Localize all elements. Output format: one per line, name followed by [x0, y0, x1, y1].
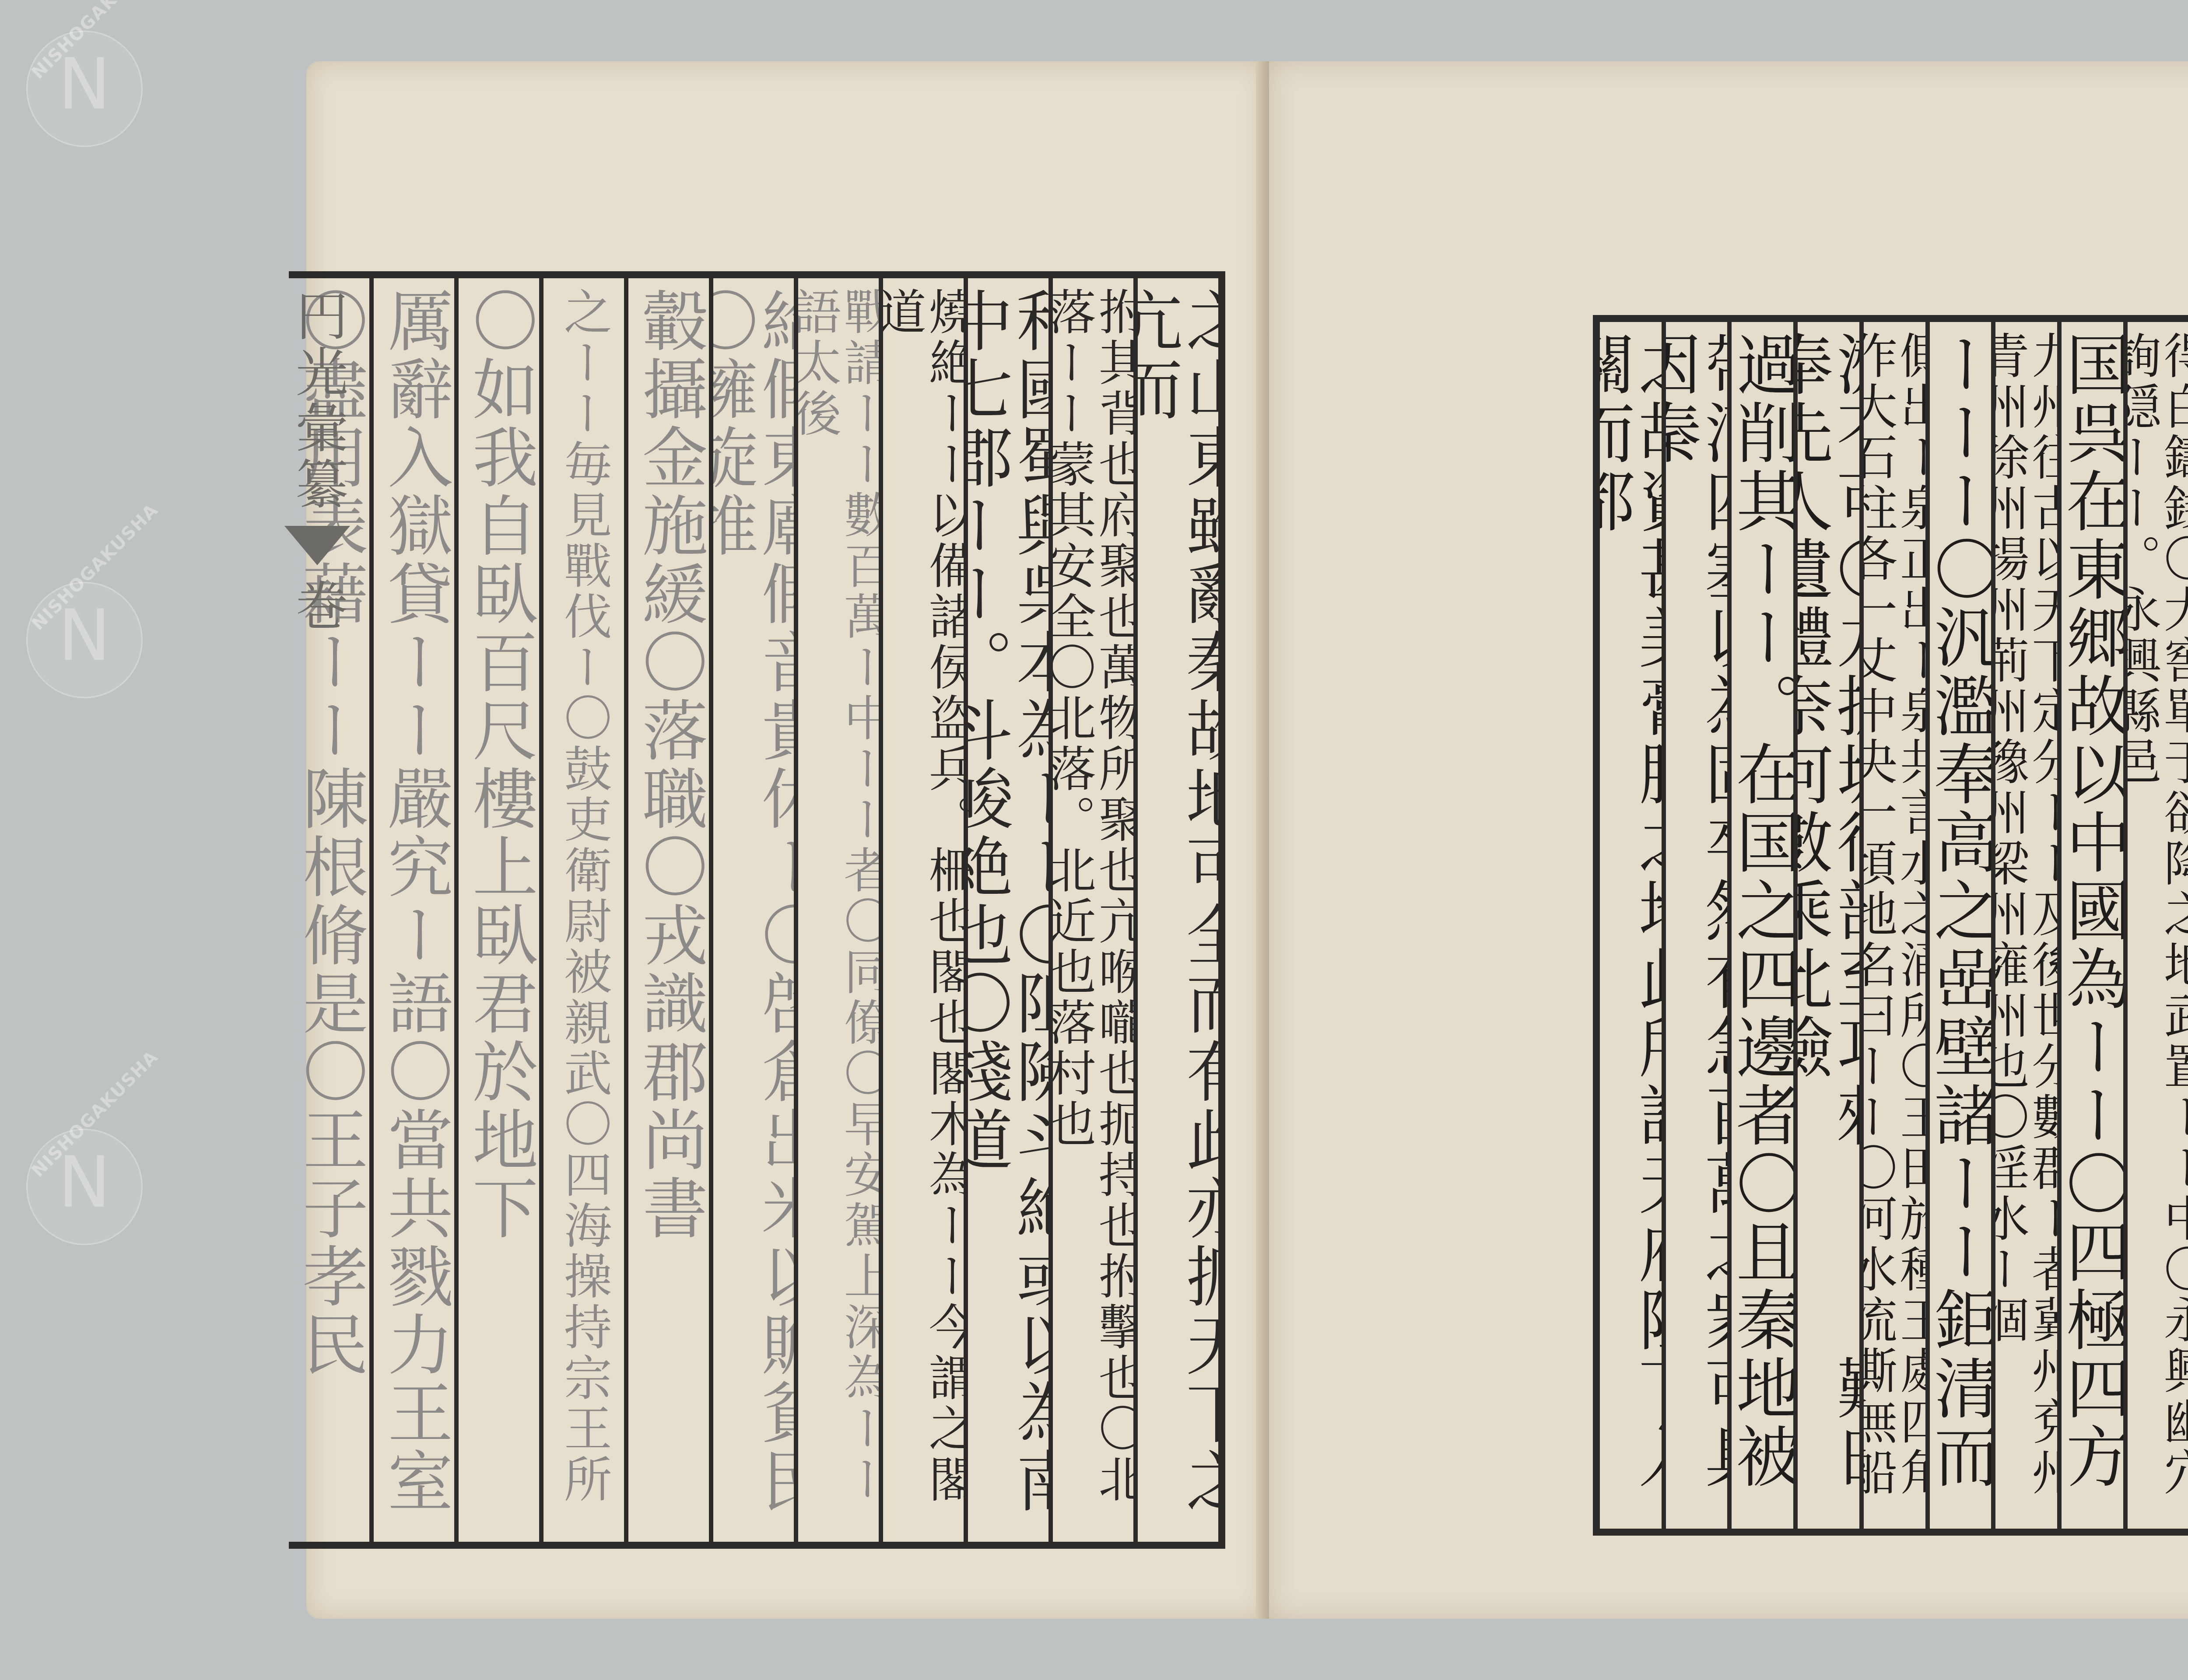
- left-column-text: 拊其背也府聚也萬物所聚也亢喉嚨也扼持也拊擊也〇北落ーー蒙其安全〇北落。北近也落村…: [1048, 278, 1133, 1542]
- right-column-text: 側出ー泉正出ー泉共言水之涌所〇玉田於種玉處四角作大石柱各一丈中央一頃地名曰ーー〇…: [1859, 322, 1925, 1529]
- open-book: 之山東雖亂秦故地可全而有此亦扼天下之亢而拊其背也府聚也萬物所聚也亢喉嚨也扼持也拊…: [306, 61, 2188, 1619]
- right-column: 〇金隄泛浸溢子ーー〇支郡語諸侯之罪過削其ーー。在国之四邊者〇且秦地被山: [1727, 322, 1793, 1529]
- left-column: 和國蜀與呉本為ーー〇阻險斗絶或以為南中七郡ーー。斗峻絶也〇棧道: [964, 278, 1048, 1542]
- left-page-fore-edge-label: 円光彙纂 巻: [284, 289, 350, 1514]
- watermark-logo: NISHOGAKUSHA N: [26, 582, 143, 698]
- left-page-text-frame: 之山東雖亂秦故地可全而有此亦扼天下之亢而拊其背也府聚也萬物所聚也亢喉嚨也扼持也拊…: [289, 271, 1225, 1549]
- left-column-text: 燒絶ーー以備諸侯盗兵。柵也閣也閣木為ーー今謂之閣道: [879, 278, 964, 1542]
- right-column: 濟不可〇九折坂行部至邛郲ーーー歎曰奉先人遺體奈何數乘此險: [1793, 322, 1859, 1529]
- left-column-text: 戰請ーー數百萬ー中ーー者〇同僚〇早安駕上深為ーー語太後: [794, 278, 879, 1542]
- watermark-logo: NISHOGAKUSHA N: [26, 31, 143, 147]
- right-column: 潦水不覚ーー漂麥〇胡貉之地諸自房於ーーー〇汎濫奉高之嵒壁諸ーー鉅清而易搖。爾稚: [1925, 322, 1992, 1529]
- right-column-text: 濟不可〇九折坂行部至邛郲ーーー歎曰奉先人遺體奈何數乘此險: [1793, 322, 1859, 1529]
- right-column: 側出ー泉正出ー泉共言水之涌所〇玉田於種玉處四角作大石柱各一丈中央一頃地名曰ーー〇…: [1859, 322, 1925, 1529]
- left-column-text: 和國蜀與呉本為ーー〇阻險斗絶或以為南中七郡ーー。斗峻絶也〇棧道: [964, 278, 1048, 1542]
- left-column: 給假東廟假音貴休ー〇啓倉出米以贍貧民〇擁旋推: [709, 278, 794, 1542]
- left-column: 轂攝金施緩〇落職〇戎識郡尚書: [624, 278, 709, 1542]
- left-column: 拊其背也府聚也萬物所聚也亢喉嚨也扼持也拊擊也〇北落ーー蒙其安全〇北落。北近也落村…: [1048, 278, 1133, 1542]
- left-page-columns: 之山東雖亂秦故地可全而有此亦扼天下之亢而拊其背也府聚也萬物所聚也亢喉嚨也扼持也拊…: [289, 278, 1218, 1542]
- right-page-columns: 銅柱援到交阯立ー為漢之極界〇支機石織女機經之〇虞泉日薄〇犬牙言地形如犬之牙交相入…: [1600, 322, 2188, 1529]
- left-volume-label: 巻: [280, 578, 355, 631]
- fishtail-mark-icon: [284, 526, 350, 565]
- watermark-logo: NISHOGAKUSHA N: [26, 1129, 143, 1245]
- right-column-text: 九州往古以天下定分ーー及後世分數郡ー者冀州兗州青州徐州揚州荊州豫州梁州雍州也〇淫…: [1991, 322, 2057, 1529]
- left-book-title: 円光彙纂: [288, 289, 346, 513]
- left-column: 戰請ーー數百萬ー中ーー者〇同僚〇早安駕上深為ーー語太後: [794, 278, 879, 1542]
- right-page-text-frame: 銅柱援到交阯立ー為漢之極界〇支機石織女機經之〇虞泉日薄〇犬牙言地形如犬之牙交相入…: [1593, 315, 2188, 1536]
- watermark-n-icon: N: [58, 1148, 111, 1218]
- left-column-text: 厲辭入獄貸ーー嚴究ー語〇當共戮力王室: [379, 278, 449, 1542]
- right-column: 帶河四塞以為固卒然有急百萬之衆可具因秦: [1662, 322, 1728, 1529]
- right-page: 米全 銅柱援到交阯立ー為漢之極界〇支機石織女機經之〇虞泉日薄〇犬牙言地形如犬之牙…: [1269, 61, 2188, 1619]
- left-column-text: 〇如我自臥百尺樓上臥君於地下: [464, 278, 533, 1542]
- right-column-text: 帶河四塞以為固卒然有急百萬之衆可具因秦: [1662, 322, 1728, 1529]
- left-column-text: 給假東廟假音貴休ー〇啓倉出米以贍貧民〇擁旋推: [709, 278, 794, 1542]
- right-column: 得白鑄銭〇大窖單于欲降之地武置ーー中〇永興幽穴詢隠ーー。永興縣邑: [2123, 322, 2188, 1529]
- left-column-text: 之ーー毎見戰伐ー〇鼓吏衛尉被親武〇四海操持宗王所: [558, 278, 609, 1542]
- right-column: 之故資甚美膏腴之地此所謂天府陛下入關而都: [1600, 322, 1662, 1529]
- right-column-text: 潦水不覚ーー漂麥〇胡貉之地諸自房於ーーー〇汎濫奉高之嵒壁諸ーー鉅清而易搖。爾稚: [1925, 322, 1992, 1529]
- left-column: 〇如我自臥百尺樓上臥君於地下: [454, 278, 539, 1542]
- left-column-text: 轂攝金施緩〇落職〇戎識郡尚書: [634, 278, 703, 1542]
- left-column-text: 之山東雖亂秦故地可全而有此亦扼天下之亢而: [1133, 278, 1218, 1542]
- right-column-text: 之故資甚美膏腴之地此所謂天府陛下入關而都: [1600, 322, 1662, 1529]
- left-column: 之ーー毎見戰伐ー〇鼓吏衛尉被親武〇四海操持宗王所: [539, 278, 624, 1542]
- watermark-n-icon: N: [58, 49, 111, 119]
- left-column: 燒絶ーー以備諸侯盗兵。柵也閣也閣木為ーー今謂之閣道: [879, 278, 964, 1542]
- right-column-text: 得白鑄銭〇大窖單于欲降之地武置ーー中〇永興幽穴詢隠ーー。永興縣邑: [2123, 322, 2188, 1529]
- right-column-text: 〇昇仙橋蜀城北七里有ーー〇上國卽中国呉在東郷故以中國為ーー〇四極四方極遠之地〇: [2057, 322, 2123, 1529]
- right-column-text: 〇金隄泛浸溢子ーー〇支郡語諸侯之罪過削其ーー。在国之四邊者〇且秦地被山: [1727, 322, 1793, 1529]
- watermark-n-icon: N: [58, 601, 111, 671]
- left-column: 厲辭入獄貸ーー嚴究ー語〇當共戮力王室: [369, 278, 454, 1542]
- left-page: 之山東雖亂秦故地可全而有此亦扼天下之亢而拊其背也府聚也萬物所聚也亢喉嚨也扼持也拊…: [306, 61, 1265, 1619]
- right-column: 〇昇仙橋蜀城北七里有ーー〇上國卽中国呉在東郷故以中國為ーー〇四極四方極遠之地〇: [2057, 322, 2123, 1529]
- left-column: 之山東雖亂秦故地可全而有此亦扼天下之亢而: [1133, 278, 1218, 1542]
- right-column: 九州往古以天下定分ーー及後世分數郡ー者冀州兗州青州徐州揚州荊州豫州梁州雍州也〇淫…: [1991, 322, 2057, 1529]
